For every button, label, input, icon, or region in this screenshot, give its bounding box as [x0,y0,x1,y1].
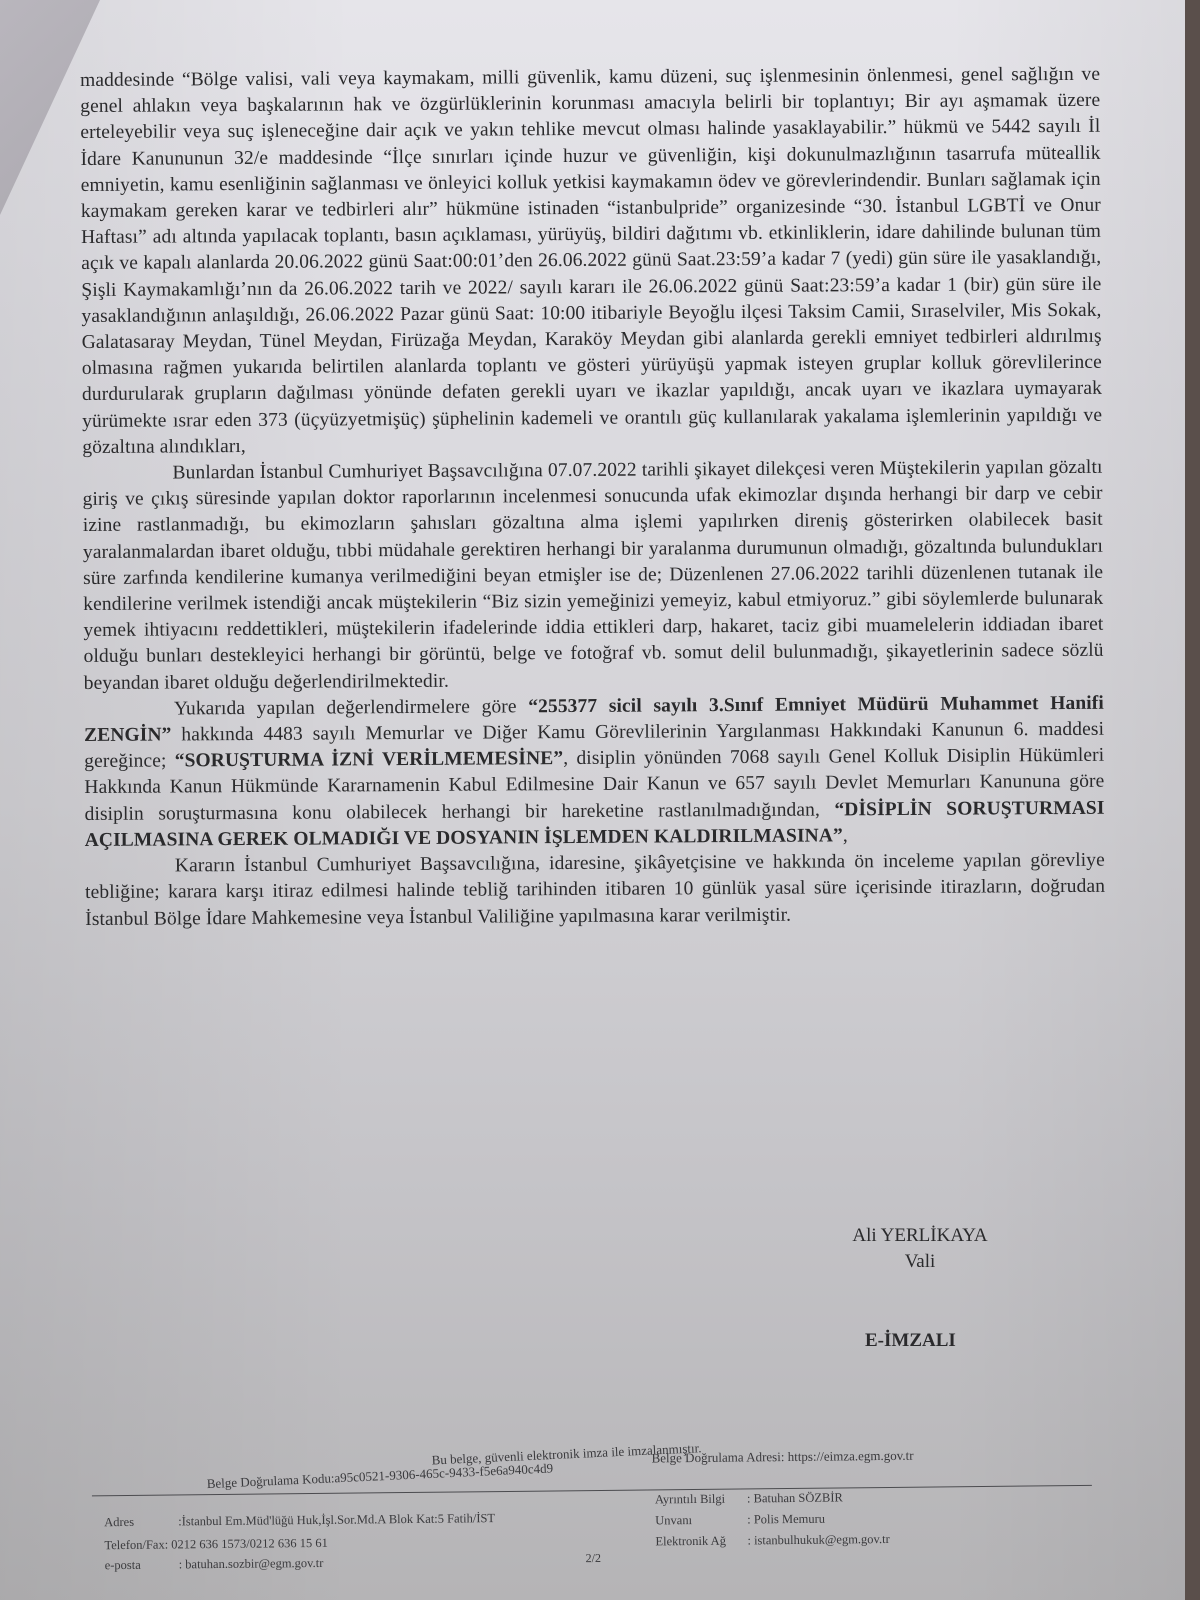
rank-row: Unvanı: Polis Memuru [655,1512,825,1529]
rank-value: : Polis Memuru [747,1512,825,1527]
address-row: Adres:İstanbul Em.Müd'lüğü Huk,İşl.Sor.M… [104,1511,495,1530]
verification-address: Belge Doğrulama Adresi: https://eimza.eg… [651,1448,913,1467]
network-value: : istanbulhukuk@egm.gov.tr [747,1532,889,1547]
detail-row: Ayrıntılı Bilgi: Batuhan SÖZBİR [655,1490,843,1507]
phone-value: 0212 636 1573/0212 636 15 61 [171,1536,328,1552]
page-number: 2/2 [586,1551,601,1566]
network-label: Elektronik Ağ [655,1533,747,1549]
detail-label: Ayrıntılı Bilgi [655,1491,747,1507]
address-label: Adres [104,1514,178,1530]
verification-code: Belge Doğrulama Kodu:a95c0521-9306-465c-… [206,1460,553,1492]
detail-value: : Batuhan SÖZBİR [747,1490,843,1505]
email-value: : batuhan.sozbir@egm.gov.tr [179,1556,324,1572]
document-footer: Bu belge, güvenli elektronik imza ile im… [0,0,1200,1600]
phone-label: Telefon/Fax: [104,1538,168,1553]
network-row: Elektronik Ağ: istanbulhukuk@egm.gov.tr [655,1532,889,1549]
address-value: :İstanbul Em.Müd'lüğü Huk,İşl.Sor.Md.A B… [178,1511,495,1528]
rank-label: Unvanı [655,1512,747,1528]
email-label: e-posta [105,1557,179,1573]
phone-row: Telefon/Fax: 0212 636 1573/0212 636 15 6… [104,1536,328,1553]
email-row: e-posta: batuhan.sozbir@egm.gov.tr [105,1556,324,1573]
